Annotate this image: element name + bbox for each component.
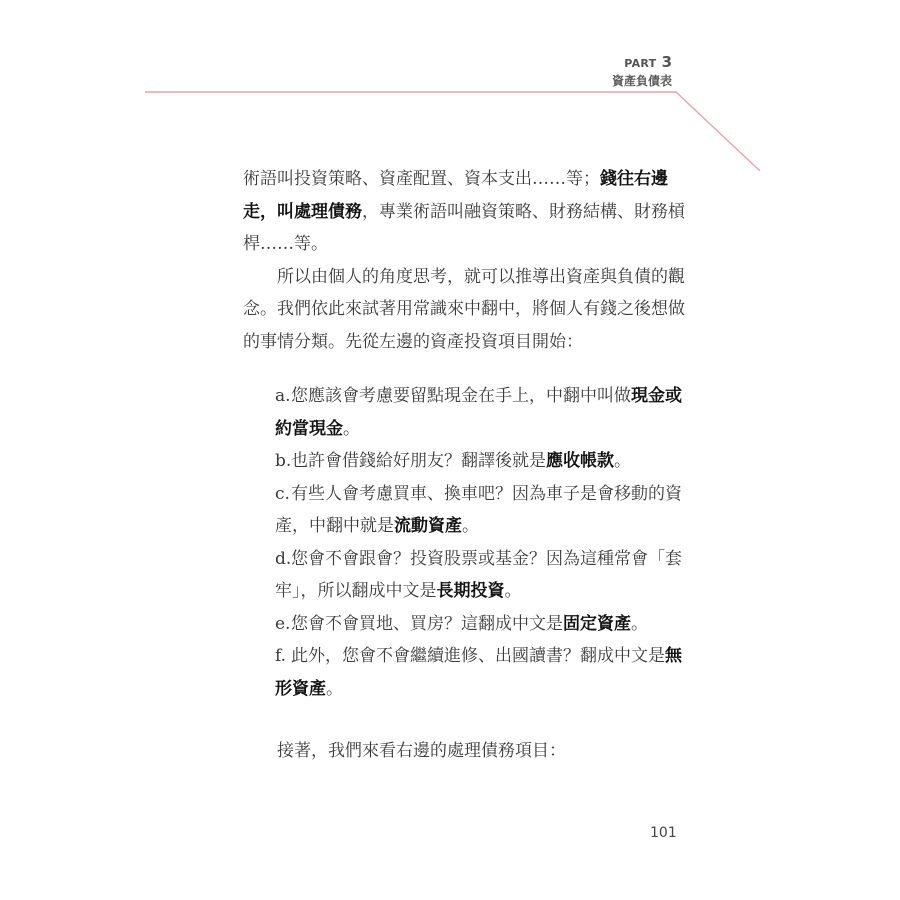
closing-paragraph: 接著，我們來看右邊的處理債務項目： xyxy=(243,735,693,768)
paragraph-2: 所以由個人的角度思考，就可以推導出資產與負債的觀念。我們依此來試著用常識來中翻中… xyxy=(243,261,693,359)
bold-term: 固定資產 xyxy=(563,614,631,634)
item-end: 。 xyxy=(343,419,360,439)
list-item: b.也許會借錢給好朋友？翻譯後就是應收帳款。 xyxy=(275,445,693,478)
item-end: 。 xyxy=(505,581,522,601)
bold-term: 長期投資 xyxy=(437,581,505,601)
list-marker: a. xyxy=(275,380,291,413)
list-marker: c. xyxy=(275,478,291,511)
list-marker: b. xyxy=(275,445,291,478)
list-item: e.您會不會買地、買房？這翻成中文是固定資產。 xyxy=(275,608,693,641)
list-item: f.此外，您會不會繼續進修、出國讀書？翻成中文是無形資產。 xyxy=(275,640,693,705)
bold-term: 應收帳款 xyxy=(546,451,614,471)
item-text: 您會不會買地、買房？這翻成中文是 xyxy=(291,614,563,634)
list-marker: f. xyxy=(275,640,291,673)
page-number: 101 xyxy=(650,825,677,841)
page-body: 術語叫投資策略、資產配置、資本支出……等；錢往右邊走，叫處理債務，專業術語叫融資… xyxy=(243,163,693,768)
item-end: 。 xyxy=(462,516,479,536)
item-end: 。 xyxy=(614,451,631,471)
item-text: 此外，您會不會繼續進修、出國讀書？翻成中文是 xyxy=(291,646,665,666)
item-text: 也許會借錢給好朋友？翻譯後就是 xyxy=(291,451,546,471)
item-end: 。 xyxy=(326,679,343,699)
bold-term: 流動資產 xyxy=(394,516,462,536)
list-item: d.您會不會跟會？投資股票或基金？因為這種常會「套牢」，所以翻成中文是長期投資。 xyxy=(275,543,693,608)
item-text: 您應該會考慮要留點現金在手上，中翻中叫做 xyxy=(291,386,631,406)
list-marker: d. xyxy=(275,543,291,576)
paragraph-1: 術語叫投資策略、資產配置、資本支出……等；錢往右邊走，叫處理債務，專業術語叫融資… xyxy=(243,163,693,261)
asset-list: a.您應該會考慮要留點現金在手上，中翻中叫做現金或約當現金。 b.也許會借錢給好… xyxy=(275,380,693,705)
list-item: a.您應該會考慮要留點現金在手上，中翻中叫做現金或約當現金。 xyxy=(275,380,693,445)
text: 術語叫投資策略、資產配置、資本支出……等； xyxy=(243,169,600,189)
list-item: c.有些人會考慮買車、換車吧？因為車子是會移動的資產，中翻中就是流動資產。 xyxy=(275,478,693,543)
list-marker: e. xyxy=(275,608,291,641)
item-end: 。 xyxy=(631,614,648,634)
